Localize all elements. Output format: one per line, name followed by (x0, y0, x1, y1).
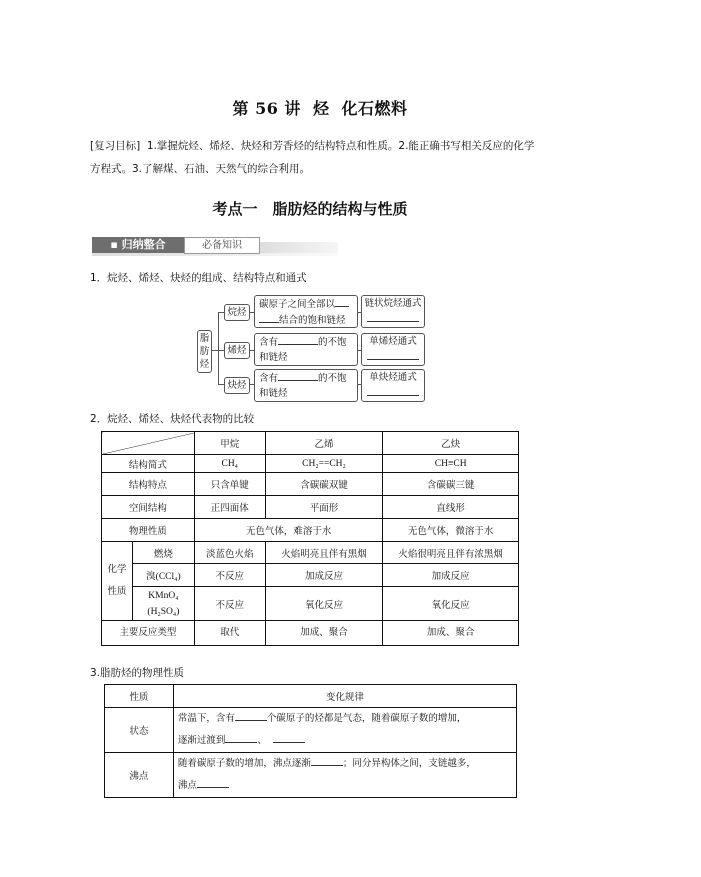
alkene-formula-label: 单烯烃通式 (362, 334, 424, 349)
fill-blank[interactable] (367, 385, 419, 396)
row-label: 结构简式 (102, 455, 195, 473)
branch-alkyne: 炔烃 (224, 377, 250, 394)
branch-alkane: 烷烃 (224, 304, 250, 321)
chemical-group-text: 化学性质 (105, 559, 129, 603)
alkene-description: 含有的不饱 和链烃 (254, 333, 358, 366)
text: 常温下，含有 (178, 713, 235, 724)
table-header-row: 性质 变化规律 (105, 685, 517, 708)
fill-blank[interactable] (259, 312, 279, 323)
fill-blank[interactable] (235, 710, 267, 721)
text: 随着碳原子数的增加，沸点逐渐 (178, 758, 311, 769)
text: 逐渐过渡到 (178, 735, 226, 746)
table-row: KMnO₄ (H₂SO₄) 不反应 氧化反应 氧化反应 (102, 587, 519, 621)
col-methane: 甲烷 (194, 432, 265, 455)
alkane-desc-text: 结合的饱和链烃 (279, 315, 346, 326)
header-pattern: 变化规律 (173, 685, 516, 708)
alkyne-desc-text: 含有 (259, 373, 278, 384)
row-label: 主要反应类型 (102, 621, 195, 646)
alkane-desc-text: 碳原子之间全部以 (259, 299, 335, 310)
alkane-description: 碳原子之间全部以 结合的饱和链烃 (254, 295, 358, 328)
cell: 淡蓝色火焰 (194, 542, 265, 564)
alkyne-description: 含有的不饱 和链烃 (254, 369, 358, 402)
col-acetylene: 乙炔 (383, 432, 519, 455)
row-label: 溴(CCl₄) (132, 564, 194, 587)
header-property: 性质 (105, 685, 174, 708)
cell: 正四面体 (194, 496, 265, 519)
diagram-root: 脂肪烃 (197, 330, 212, 373)
text: 沸点 (178, 780, 197, 791)
diagonal-header-cell (102, 432, 195, 455)
table-row: 化学性质 燃烧 淡蓝色火焰 火焰明亮且伴有黑烟 火焰很明亮且伴有浓黑烟 (102, 542, 519, 564)
cell: CH₂==CH₂ (265, 455, 383, 473)
cell: 含碳碳双键 (265, 473, 383, 496)
alkane-formula-box: 链状烷烃通式 (361, 295, 425, 328)
physical-properties-table: 性质 变化规律 状态 常温下，含有个碳原子的烃都是气态，随着碳原子数的增加， 逐… (104, 684, 517, 798)
alkyne-desc-text: 的不饱 (318, 373, 347, 384)
table-row: 沸点 随着碳原子数的增加，沸点逐渐；同分异构体之间，支链越多， 沸点 (105, 753, 517, 798)
cell: 平面形 (265, 496, 383, 519)
alkene-desc-text: 的不饱 (318, 337, 347, 348)
alkene-desc-text: 含有 (259, 337, 278, 348)
row-label: 燃烧 (132, 542, 194, 564)
table-row: 主要反应类型 取代 加成、聚合 加成、聚合 (102, 621, 519, 646)
state-pattern: 常温下，含有个碳原子的烃都是气态，随着碳原子数的增加， 逐渐过渡到、 (173, 708, 516, 753)
cell: 加成反应 (265, 564, 383, 587)
cell: 氧化反应 (265, 587, 383, 621)
chemical-group-label: 化学性质 (102, 542, 133, 621)
cell: 无色气体，微溶于水 (383, 519, 519, 542)
row-label: 物理性质 (102, 519, 195, 542)
table-row: 空间结构 正四面体 平面形 直线形 (102, 496, 519, 519)
fill-blank[interactable] (197, 777, 229, 788)
connector (218, 312, 219, 384)
cell: 取代 (194, 621, 265, 646)
fill-blank[interactable] (278, 370, 318, 381)
cell: 不反应 (194, 587, 265, 621)
table-row: 状态 常温下，含有个碳原子的烃都是气态，随着碳原子数的增加， 逐渐过渡到、 (105, 708, 517, 753)
alkyne-desc-text: 和链烃 (259, 386, 357, 401)
part3-heading: 3.脂肪烃的物理性质 (90, 665, 184, 680)
col-ethylene: 乙烯 (265, 432, 383, 455)
row-label: 结构特点 (102, 473, 195, 496)
fill-blank[interactable] (367, 349, 419, 360)
fill-blank[interactable] (273, 732, 305, 743)
alkene-formula-box: 单烯烃通式 (361, 333, 425, 366)
cell: 含碳碳三键 (383, 473, 519, 496)
table-row: 溴(CCl₄) 不反应 加成反应 加成反应 (102, 564, 519, 587)
alkane-formula-label: 链状烷烃通式 (362, 296, 424, 311)
fill-blank[interactable] (335, 296, 349, 307)
table-row: 结构特点 只含单键 含碳碳双键 含碳碳三键 (102, 473, 519, 496)
property-boiling-point: 沸点 (105, 753, 174, 798)
cell: 无色气体，难溶于水 (194, 519, 383, 542)
h2so4-label: (H₂SO₄) (133, 604, 194, 620)
fill-blank[interactable] (278, 334, 318, 345)
text: ；同分异构体之间，支链越多， (343, 758, 476, 769)
cell: 不反应 (194, 564, 265, 587)
cell: 加成、聚合 (383, 621, 519, 646)
cell: 只含单键 (194, 473, 265, 496)
part2-heading: 2．烷烃、烯烃、炔烃代表物的比较 (90, 411, 254, 426)
cell: 火焰很明亮且伴有浓黑烟 (383, 542, 519, 564)
kmno4-label: KMnO₄ (133, 588, 194, 604)
fill-blank[interactable] (225, 732, 257, 743)
cell: CH≡CH (383, 455, 519, 473)
comparison-table: 甲烷 乙烯 乙炔 结构简式 CH₄ CH₂==CH₂ CH≡CH 结构特点 只含… (101, 431, 519, 646)
boiling-point-pattern: 随着碳原子数的增加，沸点逐渐；同分异构体之间，支链越多， 沸点 (173, 753, 516, 798)
cell: 火焰明亮且伴有黑烟 (265, 542, 383, 564)
alkyne-formula-box: 单炔烃通式 (361, 369, 425, 402)
alkyne-formula-label: 单炔烃通式 (362, 370, 424, 385)
cell: 加成、聚合 (265, 621, 383, 646)
branch-alkene: 烯烃 (224, 342, 250, 359)
row-label: 空间结构 (102, 496, 195, 519)
table-row: 结构简式 CH₄ CH₂==CH₂ CH≡CH (102, 455, 519, 473)
text: 个碳原子的烃都是气态，随着碳原子数的增加， (267, 713, 467, 724)
cell: 加成反应 (383, 564, 519, 587)
fill-blank[interactable] (311, 755, 343, 766)
table-header-row: 甲烷 乙烯 乙炔 (102, 432, 519, 455)
fill-blank[interactable] (367, 311, 419, 322)
cell: 直线形 (383, 496, 519, 519)
table-row: 物理性质 无色气体，难溶于水 无色气体，微溶于水 (102, 519, 519, 542)
cell: 氧化反应 (383, 587, 519, 621)
alkene-desc-text: 和链烃 (259, 350, 357, 365)
text: 、 (257, 735, 267, 746)
cell: CH₄ (194, 455, 265, 473)
row-label: KMnO₄ (H₂SO₄) (132, 587, 194, 621)
property-state: 状态 (105, 708, 174, 753)
